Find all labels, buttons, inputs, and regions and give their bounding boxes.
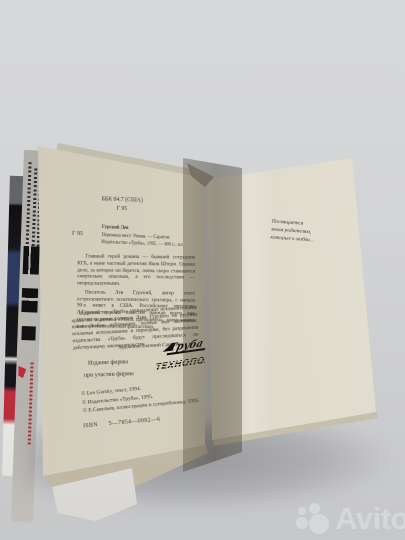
- copyright-block: © Leo Gursky, текст, 1994. © Издательств…: [81, 380, 200, 416]
- book-photo: ББК 84.7 (США) Г 95 Г 95 Гурский ЛевПере…: [0, 0, 405, 540]
- avito-wordmark: Avito: [335, 503, 405, 534]
- margin-code: Г 95: [72, 231, 83, 237]
- bbk-classification: ББК 84.7 (США) Г 95: [80, 195, 165, 216]
- bibliographic-entry: Гурский ЛевПеремена мест: Роман. — Сарат…: [101, 224, 184, 250]
- annotation-paragraph-1: Главный герой романа — бывший сотрудник …: [77, 253, 195, 288]
- isbn-line: ISBN 5—7854—0002—6: [83, 417, 161, 430]
- avito-dot: [309, 503, 320, 514]
- avito-dot: [298, 507, 306, 515]
- avito-watermark: Avito: [296, 503, 405, 534]
- spine-title-glyph: [21, 326, 35, 340]
- title-publisher-lines: Перемена мест: Роман. — Саратов: Издател…: [101, 232, 184, 248]
- edition-participation-line: при участии фирмы: [84, 371, 134, 379]
- spine-title-glyph: [21, 288, 38, 313]
- avito-dot: [296, 517, 308, 529]
- spine-title-glyph: [23, 246, 40, 275]
- avito-dot: [309, 514, 329, 534]
- edition-line: Издание фирмы: [88, 359, 128, 366]
- spine-red-mark: [18, 366, 26, 378]
- avito-logo-icon: [296, 503, 330, 534]
